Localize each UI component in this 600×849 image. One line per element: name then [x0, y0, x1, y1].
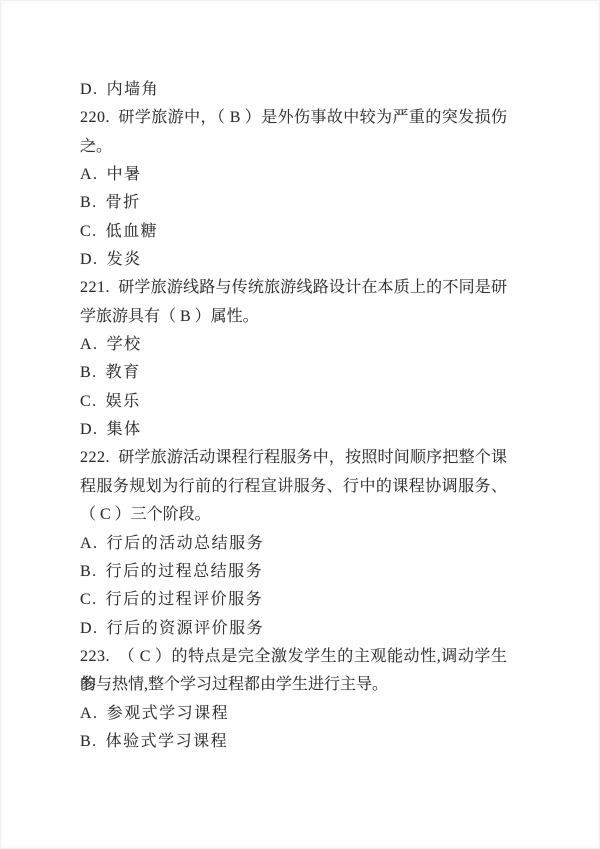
option-label: C. [80, 393, 98, 410]
stem-line: 220.研学旅游中，（ B ）是外伤事故中较为严重的突发损伤之 [80, 104, 507, 132]
stem-line: 223.（ C ）的特点是完全激发学生的主观能动性,调动学生的 [80, 643, 507, 671]
question-block-220: 220.研学旅游中，（ B ）是外伤事故中较为严重的突发损伤之 一。 A.中暑 … [80, 104, 507, 274]
document-page: D.内墙角 220.研学旅游中，（ B ）是外伤事故中较为严重的突发损伤之 一。… [0, 0, 600, 849]
option-label: A. [80, 166, 99, 183]
stem-text: 学旅游具有（ B ）属性。 [80, 308, 259, 325]
option-row: D.集体 [80, 416, 507, 444]
option-text: 发炎 [107, 251, 142, 268]
question-block-223: 223.（ C ）的特点是完全激发学生的主观能动性,调动学生的 参与热情,整个学… [80, 643, 507, 756]
option-text: 参观式学习课程 [107, 705, 230, 722]
option-row: C.娱乐 [80, 388, 507, 416]
option-label: C. [80, 591, 98, 608]
stem-line: 学旅游具有（ B ）属性。 [80, 303, 507, 331]
option-row: B.教育 [80, 359, 507, 387]
question-number: 221. [80, 279, 110, 296]
option-row: D.内墙角 [80, 76, 507, 104]
stem-text: 一。 [80, 138, 112, 155]
option-row: D.发炎 [80, 246, 507, 274]
option-label: D. [80, 421, 99, 438]
option-label: B. [80, 364, 98, 381]
option-text: 学校 [107, 336, 142, 353]
option-label: D. [80, 81, 99, 98]
option-row: A.学校 [80, 331, 507, 359]
question-block-222: 222.研学旅游活动课程行程服务中，按照时间顺序把整个课 程服务规划为行前的行程… [80, 444, 507, 642]
option-row: D.行后的资源评价服务 [80, 615, 507, 643]
stem-line: 程服务规划为行前的行程宣讲服务、行中的课程协调服务、 [80, 473, 507, 501]
option-label: B. [80, 563, 98, 580]
option-row: A.行后的活动总结服务 [80, 530, 507, 558]
option-text: 集体 [107, 421, 142, 438]
option-text: 骨折 [106, 194, 141, 211]
option-text: 娱乐 [106, 393, 141, 410]
option-text: 行后的活动总结服务 [107, 535, 265, 552]
option-text: 行后的过程评价服务 [106, 591, 264, 608]
question-number: 223. [80, 648, 110, 665]
stem-text: 参与热情,整个学习过程都由学生进行主导。 [80, 676, 388, 693]
stem-text: 研学旅游线路与传统旅游线路设计在本质上的不同是研 [118, 279, 507, 296]
stem-text: 程服务规划为行前的行程宣讲服务、行中的课程协调服务、 [80, 478, 507, 495]
option-label: C. [80, 223, 98, 240]
option-row: A.参观式学习课程 [80, 700, 507, 728]
option-label: D. [80, 251, 99, 268]
stem-line: （ C ）三个阶段。 [80, 501, 507, 529]
stem-line: 222.研学旅游活动课程行程服务中，按照时间顺序把整个课 [80, 444, 507, 472]
option-label: A. [80, 336, 99, 353]
option-text: 体验式学习课程 [106, 733, 229, 750]
option-text: 低血糖 [106, 223, 159, 240]
stem-line: 221.研学旅游线路与传统旅游线路设计在本质上的不同是研 [80, 274, 507, 302]
option-text: 行后的资源评价服务 [107, 620, 265, 637]
option-text: 教育 [106, 364, 141, 381]
option-label: A. [80, 705, 99, 722]
option-row: C.行后的过程评价服务 [80, 586, 507, 614]
option-text: 中暑 [107, 166, 142, 183]
question-number: 222. [80, 449, 110, 466]
quiz-text-block: D.内墙角 220.研学旅游中，（ B ）是外伤事故中较为严重的突发损伤之 一。… [80, 76, 507, 756]
option-text: 内墙角 [107, 81, 160, 98]
option-label: A. [80, 535, 99, 552]
option-label: B. [80, 194, 98, 211]
option-text: 行后的过程总结服务 [106, 563, 264, 580]
stem-text: 研学旅游活动课程行程服务中，按照时间顺序把整个课 [118, 449, 507, 466]
stem-text: （ C ）三个阶段。 [80, 506, 211, 523]
option-row: A.中暑 [80, 161, 507, 189]
option-row: C.低血糖 [80, 218, 507, 246]
option-label: D. [80, 620, 99, 637]
question-block-221: 221.研学旅游线路与传统旅游线路设计在本质上的不同是研 学旅游具有（ B ）属… [80, 274, 507, 444]
option-row: B.骨折 [80, 189, 507, 217]
option-label: B. [80, 733, 98, 750]
question-number: 220. [80, 109, 110, 126]
option-row: B.体验式学习课程 [80, 728, 507, 756]
stem-line: 一。 [80, 133, 507, 161]
option-row: B.行后的过程总结服务 [80, 558, 507, 586]
stem-line: 参与热情,整个学习过程都由学生进行主导。 [80, 671, 507, 699]
